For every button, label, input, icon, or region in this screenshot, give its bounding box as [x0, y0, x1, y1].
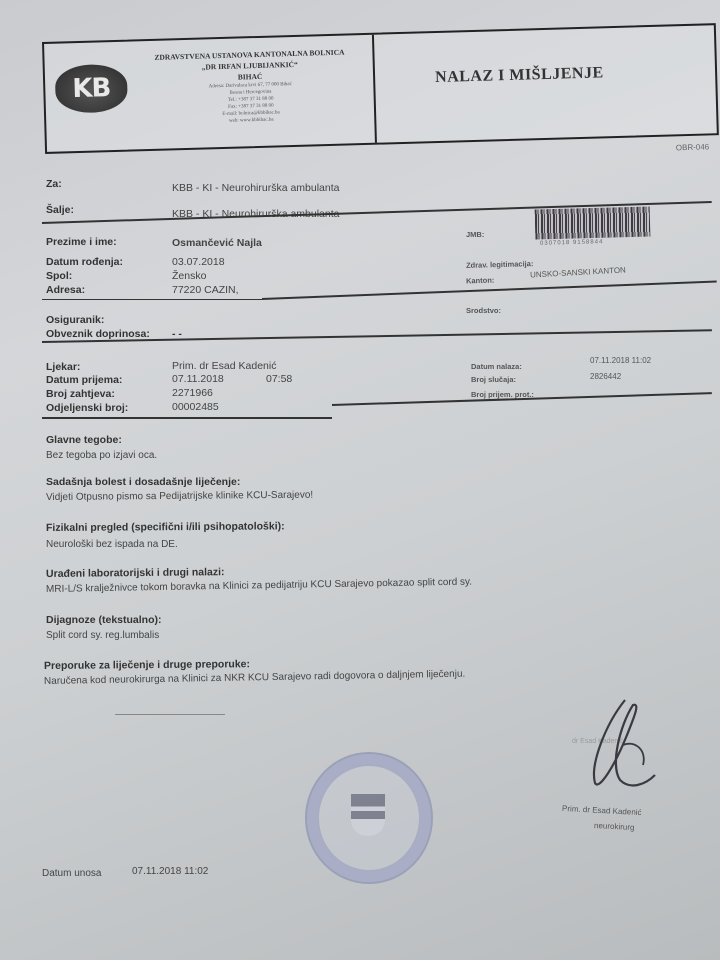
diagnosis-body: Split cord sy. reg.lumbalis [46, 630, 159, 641]
signature-doctor-title: neurokirurg [594, 821, 635, 832]
diagnosis-heading: Dijagnoze (tekstualno): [46, 614, 162, 626]
salje-label: Šalje: [46, 204, 74, 216]
address-value: 77220 CAZIN, [172, 284, 239, 296]
za-value: KBB - KI - Neurohirurška ambulanta [172, 182, 340, 194]
dob-value: 03.07.2018 [172, 256, 225, 268]
form-code: OBR-046 [676, 142, 710, 152]
document-title: NALAZ I MIŠLJENJE [435, 64, 604, 87]
jmb-label: JMB: [466, 230, 484, 239]
complaints-heading: Glavne tegobe: [46, 434, 122, 446]
doctor-label: Ljekar: [46, 361, 80, 373]
sex-value: Žensko [172, 270, 206, 282]
dept-label: Odjeljenski broj: [46, 402, 128, 414]
relation-label: Srodstvo: [466, 306, 501, 315]
sex-label: Spol: [46, 270, 72, 282]
document-header: KB ZDRAVSTVENA USTANOVA KANTONALNA BOLNI… [42, 23, 719, 154]
request-value: 2271966 [172, 387, 213, 399]
hospital-logo: KB [55, 64, 128, 114]
entry-date-label: Datum unosa [42, 868, 101, 879]
case-label: Broj slučaja: [471, 375, 516, 384]
signature-doctor-name: Prim. dr Esad Kadenić [562, 804, 642, 817]
lab-heading: Urađeni laboratorijski i drugi nalazi: [46, 566, 225, 580]
official-stamp [305, 752, 433, 884]
handwritten-signature [585, 695, 665, 795]
request-label: Broj zahtjeva: [46, 388, 115, 400]
dob-label: Datum rođenja: [46, 256, 123, 268]
address-label: Adresa: [46, 284, 85, 296]
exam-heading: Fizikalni pregled (specifični i/ili psih… [46, 520, 285, 534]
divider [42, 299, 262, 300]
exam-body: Neurološki bez ispada na DE. [46, 539, 178, 550]
za-label: Za: [46, 178, 62, 190]
coat-of-arms-icon [351, 794, 385, 836]
name-label: Prezime i ime: [46, 236, 117, 248]
institution-block: KB ZDRAVSTVENA USTANOVA KANTONALNA BOLNI… [44, 35, 377, 152]
case-value: 2826442 [590, 372, 621, 381]
current-illness-body: Vidjeti Otpusno pismo sa Pedijatrijske k… [46, 490, 313, 503]
patient-name: Osmančević Najla [172, 237, 262, 249]
doctor-value: Prim. dr Esad Kadenić [172, 360, 276, 372]
canton-label: Kanton: [466, 276, 495, 286]
recommendations-heading: Preporuke za liječenje i druge preporuke… [44, 658, 250, 672]
finding-date-value: 07.11.2018 11:02 [590, 356, 651, 365]
admission-label: Datum prijema: [46, 374, 122, 386]
admission-time: 07:58 [266, 373, 292, 385]
finding-date-label: Datum nalaza: [471, 362, 522, 371]
admission-date: 07.11.2018 [172, 373, 224, 385]
signature-line [115, 714, 225, 715]
dept-value: 00002485 [172, 401, 219, 413]
complaints-body: Bez tegoba po izjavi oca. [46, 450, 157, 461]
jmb-barcode [535, 206, 651, 239]
title-block: NALAZ I MIŠLJENJE OBR-046 [374, 25, 717, 142]
institution-info: ZDRAVSTVENA USTANOVA KANTONALNA BOLNICA … [129, 47, 371, 127]
current-illness-heading: Sadašnja bolest i dosadašnje liječenje: [46, 476, 240, 488]
logo-text: KB [72, 73, 111, 104]
legitimation-label: Zdrav. legitimacija: [466, 259, 534, 270]
entry-date-value: 07.11.2018 11:02 [132, 866, 208, 877]
contributor-label: Obveznik doprinosa: [46, 328, 150, 340]
insured-label: Osiguranik: [46, 314, 104, 326]
barcode-number: 0307018 9158844 [540, 239, 604, 247]
canton-value: UNSKO-SANSKI KANTON [530, 265, 626, 279]
divider [42, 417, 332, 419]
